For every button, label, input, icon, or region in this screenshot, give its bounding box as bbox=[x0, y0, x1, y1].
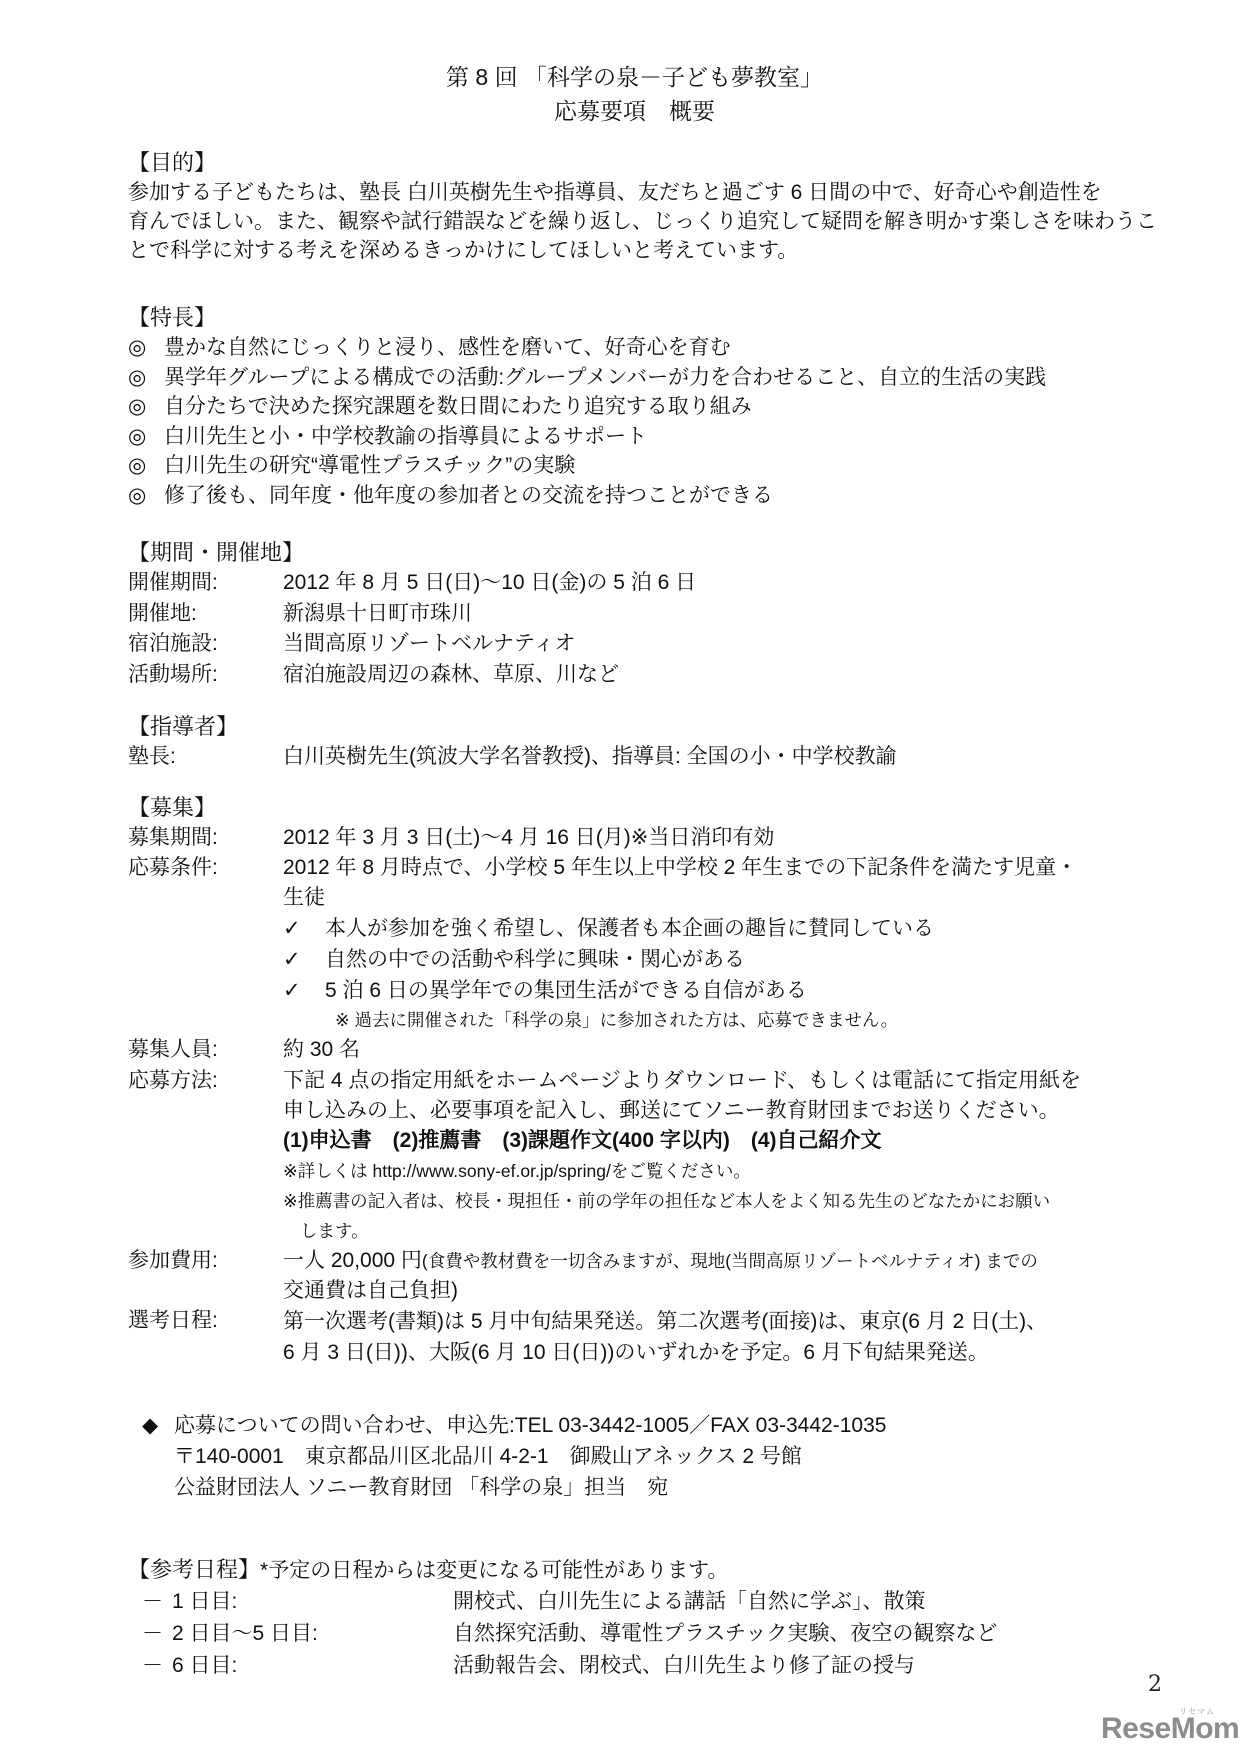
contact-line: ◆ 応募についての問い合わせ、申込先:TEL 03-3442-1005／FAX … bbox=[128, 1410, 1141, 1441]
resemom-logo: ReseMom. bbox=[1101, 1712, 1241, 1745]
row-label: 応募条件: bbox=[128, 853, 283, 913]
feature-text: 異学年グループによる構成での活動:グループメンバーが力を合わせること、自立的生活… bbox=[164, 363, 1046, 393]
row-value: 2012 年 8 月時点で、小学校 5 年生以上中学校 2 年生までの下記条件を… bbox=[283, 853, 1141, 913]
row-label: 開催期間: bbox=[128, 568, 283, 599]
condition-line: 生徒 bbox=[283, 883, 1141, 913]
selection-line: 6 月 3 日(日))、大阪(6 月 10 日(日))のいずれかを予定。6 月下… bbox=[283, 1337, 1141, 1368]
section-heading-features: 【特長】 bbox=[128, 303, 1141, 333]
feature-text: 修了後も、同年度・他年度の参加者との交流を持つことができる bbox=[164, 481, 773, 511]
section-heading-schedule: 【参考日程】*予定の日程からは変更になる可能性があります。 bbox=[128, 1555, 1141, 1586]
resemom-watermark: リセマム ReseMom. bbox=[1101, 1708, 1231, 1750]
table-row: 応募方法: 下記 4 点の指定用紙をホームページよりダウンロード、もしくは電話に… bbox=[128, 1066, 1141, 1156]
table-row: －6 日目:活動報告会、閉校式、白川先生より修了証の授与 bbox=[128, 1650, 1141, 1682]
day-label: 6 日目: bbox=[172, 1650, 453, 1682]
row-label: 募集人員: bbox=[128, 1035, 283, 1066]
purpose-paragraph: 参加する子どもたちは、塾長 白川英樹先生や指導員、友だちと過ごす 6 日間の中で… bbox=[128, 178, 1141, 265]
table-row: 募集人員:約 30 名 bbox=[128, 1035, 1141, 1066]
list-item: ◎豊かな自然にじっくりと浸り、感性を磨いて、好奇心を育む bbox=[128, 333, 1141, 363]
page-number: 2 bbox=[1148, 1672, 1162, 1697]
contact-recipient: 公益財団法人 ソニー教育財団 「科学の泉」担当 宛 bbox=[128, 1472, 1141, 1503]
contact-address: 〒140-0001 東京都品川区北品川 4-2-1 御殿山アネックス 2 号館 bbox=[128, 1441, 1141, 1472]
list-item: ◎白川先生の研究“導電性プラスチック”の実験 bbox=[128, 451, 1141, 481]
schedule-table: －1 日目:開校式、白川先生による講話「自然に学ぶ」、散策 －2 日目～5 日目… bbox=[128, 1586, 1141, 1682]
title-line-2: 応募要項 概要 bbox=[128, 94, 1141, 128]
dash-bullet-icon: － bbox=[142, 1618, 172, 1650]
row-value: 宿泊施設周辺の森林、草原、川など bbox=[283, 660, 1141, 691]
row-label: 塾長: bbox=[128, 742, 283, 773]
period-table: 開催期間:2012 年 8 月 5 日(日)～10 日(金)の 5 泊 6 日 … bbox=[128, 568, 1141, 690]
table-row: 塾長:白川英樹先生(筑波大学名誉教授)、指導員: 全国の小・中学校教諭 bbox=[128, 742, 1141, 773]
row-value: 第一次選考(書類)は 5 月中旬結果発送。第二次選考(面接)は、東京(6 月 2… bbox=[283, 1306, 1141, 1368]
feature-text: 白川先生の研究“導電性プラスチック”の実験 bbox=[164, 451, 575, 481]
features-list: ◎豊かな自然にじっくりと浸り、感性を磨いて、好奇心を育む ◎異学年グループによる… bbox=[128, 333, 1141, 510]
row-label: 開催地: bbox=[128, 599, 283, 630]
condition-line: 2012 年 8 月時点で、小学校 5 年生以上中学校 2 年生までの下記条件を… bbox=[283, 853, 1141, 883]
list-item: ✓5 泊 6 日の異学年での集団生活ができる自信がある bbox=[283, 975, 1141, 1006]
day-activities: 開校式、白川先生による講話「自然に学ぶ」、散策 bbox=[453, 1586, 926, 1618]
row-value: 白川英樹先生(筑波大学名誉教授)、指導員: 全国の小・中学校教諭 bbox=[283, 742, 1141, 773]
watermark-ruby-text: リセマム bbox=[1179, 1706, 1215, 1717]
list-item: ◎異学年グループによる構成での活動:グループメンバーが力を合わせること、自立的生… bbox=[128, 363, 1141, 393]
purpose-line: 参加する子どもたちは、塾長 白川英樹先生や指導員、友だちと過ごす 6 日間の中で… bbox=[128, 178, 1141, 207]
method-line: 下記 4 点の指定用紙をホームページよりダウンロード、もしくは電話にて指定用紙を bbox=[283, 1066, 1141, 1096]
row-value: 一人 20,000 円(食費や教材費を一切含みますが、現地(当間高原リゾートベル… bbox=[283, 1246, 1141, 1306]
feature-text: 豊かな自然にじっくりと浸り、感性を磨いて、好奇心を育む bbox=[164, 333, 731, 363]
list-item: ✓本人が参加を強く希望し、保護者も本企画の趣旨に賛同している bbox=[283, 913, 1141, 944]
row-value: 下記 4 点の指定用紙をホームページよりダウンロード、もしくは電話にて指定用紙を… bbox=[283, 1066, 1141, 1156]
dash-bullet-icon: － bbox=[142, 1650, 172, 1682]
list-item: ◎修了後も、同年度・他年度の参加者との交流を持つことができる bbox=[128, 481, 1141, 511]
feature-text: 白川先生と小・中学校教諭の指導員によるサポート bbox=[164, 422, 647, 452]
method-documents-line: (1)申込書 (2)推薦書 (3)課題作文(400 字以内) (4)自己紹介文 bbox=[283, 1126, 1141, 1156]
table-row: 応募条件: 2012 年 8 月時点で、小学校 5 年生以上中学校 2 年生まで… bbox=[128, 853, 1141, 913]
double-circle-bullet-icon: ◎ bbox=[128, 392, 164, 422]
table-row: 開催地:新潟県十日町市珠川 bbox=[128, 599, 1141, 630]
condition-check-text: 自然の中での活動や科学に興味・関心がある bbox=[325, 944, 745, 975]
table-row: 選考日程: 第一次選考(書類)は 5 月中旬結果発送。第二次選考(面接)は、東京… bbox=[128, 1306, 1141, 1368]
fee-line-2: 交通費は自己負担) bbox=[283, 1276, 1141, 1306]
fee-line: 一人 20,000 円(食費や教材費を一切含みますが、現地(当間高原リゾートベル… bbox=[283, 1246, 1141, 1276]
instructors-table: 塾長:白川英樹先生(筑波大学名誉教授)、指導員: 全国の小・中学校教諭 bbox=[128, 742, 1141, 773]
checkmark-icon: ✓ bbox=[283, 944, 325, 975]
row-label: 応募方法: bbox=[128, 1066, 283, 1156]
condition-check-text: 5 泊 6 日の異学年での集団生活ができる自信がある bbox=[325, 975, 807, 1006]
section-heading-recruitment: 【募集】 bbox=[128, 793, 1141, 823]
row-value: 新潟県十日町市珠川 bbox=[283, 599, 1141, 630]
table-row: 参加費用: 一人 20,000 円(食費や教材費を一切含みますが、現地(当間高原… bbox=[128, 1246, 1141, 1306]
row-label: 宿泊施設: bbox=[128, 629, 283, 660]
list-item: ✓自然の中での活動や科学に興味・関心がある bbox=[283, 944, 1141, 975]
purpose-line: 育んでほしい。また、観察や試行錯誤などを繰り返し、じっくり追究して疑問を解き明か… bbox=[128, 207, 1141, 236]
section-heading-instructors: 【指導者】 bbox=[128, 712, 1141, 742]
diamond-bullet-icon: ◆ bbox=[142, 1410, 174, 1441]
list-item: ◎白川先生と小・中学校教諭の指導員によるサポート bbox=[128, 422, 1141, 452]
table-row: 募集期間:2012 年 3 月 3 日(土)～4 月 16 日(月)※当日消印有… bbox=[128, 823, 1141, 854]
day-activities: 活動報告会、閉校式、白川先生より修了証の授与 bbox=[453, 1650, 915, 1682]
method-line: 申し込みの上、必要事項を記入し、郵送にてソニー教育財団までお送りください。 bbox=[283, 1096, 1141, 1126]
row-value: 2012 年 8 月 5 日(日)～10 日(金)の 5 泊 6 日 bbox=[283, 568, 1141, 599]
checkmark-icon: ✓ bbox=[283, 913, 325, 944]
table-row: －2 日目～5 日目:自然探究活動、導電性プラスチック実験、夜空の観察など bbox=[128, 1618, 1141, 1650]
fee-detail: (食費や教材費を一切含みますが、現地(当間高原リゾートベルナティオ) までの bbox=[422, 1251, 1038, 1271]
day-label: 2 日目～5 日目: bbox=[172, 1618, 453, 1650]
section-heading-period: 【期間・開催地】 bbox=[128, 538, 1141, 568]
row-value: 約 30 名 bbox=[283, 1035, 1141, 1066]
row-label: 活動場所: bbox=[128, 660, 283, 691]
table-row: 開催期間:2012 年 8 月 5 日(日)～10 日(金)の 5 泊 6 日 bbox=[128, 568, 1141, 599]
recruitment-table: 募集期間:2012 年 3 月 3 日(土)～4 月 16 日(月)※当日消印有… bbox=[128, 823, 1141, 1368]
section-heading-purpose: 【目的】 bbox=[128, 148, 1141, 178]
dash-bullet-icon: － bbox=[142, 1586, 172, 1618]
double-circle-bullet-icon: ◎ bbox=[128, 333, 164, 363]
row-label: 選考日程: bbox=[128, 1306, 283, 1368]
schedule-heading-note: *予定の日程からは変更になる可能性があります。 bbox=[260, 1559, 729, 1582]
double-circle-bullet-icon: ◎ bbox=[128, 481, 164, 511]
day-label: 1 日目: bbox=[172, 1586, 453, 1618]
table-row: 宿泊施設:当間高原リゾートベルナティオ bbox=[128, 629, 1141, 660]
title-line-1: 第 8 回 「科学の泉－子ども夢教室」 bbox=[128, 60, 1141, 94]
row-label: 募集期間: bbox=[128, 823, 283, 854]
fee-amount: 一人 20,000 円 bbox=[283, 1249, 422, 1272]
document-page: 第 8 回 「科学の泉－子ども夢教室」 応募要項 概要 【目的】 参加する子ども… bbox=[0, 0, 1241, 1682]
row-label: 参加費用: bbox=[128, 1246, 283, 1306]
document-title: 第 8 回 「科学の泉－子ども夢教室」 応募要項 概要 bbox=[128, 60, 1141, 128]
method-note-recommender: ※推薦書の記入者は、校長・現担任・前の学年の担任など本人をよく知る先生のどなたか… bbox=[283, 1186, 1141, 1216]
condition-note: ※ 過去に開催された「科学の泉」に参加された方は、応募できません。 bbox=[335, 1006, 1141, 1035]
double-circle-bullet-icon: ◎ bbox=[128, 363, 164, 393]
feature-text: 自分たちで決めた探究課題を数日間にわたり追究する取り組み bbox=[164, 392, 752, 422]
row-value: 2012 年 3 月 3 日(土)～4 月 16 日(月)※当日消印有効 bbox=[283, 823, 1141, 854]
method-note-recommender-cont: します。 bbox=[300, 1216, 1141, 1246]
condition-check-text: 本人が参加を強く希望し、保護者も本企画の趣旨に賛同している bbox=[325, 913, 934, 944]
double-circle-bullet-icon: ◎ bbox=[128, 422, 164, 452]
table-row: －1 日目:開校式、白川先生による講話「自然に学ぶ」、散策 bbox=[128, 1586, 1141, 1618]
row-value: 当間高原リゾートベルナティオ bbox=[283, 629, 1141, 660]
day-activities: 自然探究活動、導電性プラスチック実験、夜空の観察など bbox=[453, 1618, 997, 1650]
contact-block: ◆ 応募についての問い合わせ、申込先:TEL 03-3442-1005／FAX … bbox=[128, 1410, 1141, 1503]
selection-line: 第一次選考(書類)は 5 月中旬結果発送。第二次選考(面接)は、東京(6 月 2… bbox=[283, 1306, 1141, 1337]
schedule-heading: 【参考日程】 bbox=[128, 1557, 260, 1582]
contact-phone-fax: 応募についての問い合わせ、申込先:TEL 03-3442-1005／FAX 03… bbox=[174, 1410, 886, 1441]
method-note-url: ※詳しくは http://www.sony-ef.or.jp/spring/をご… bbox=[283, 1156, 1141, 1186]
double-circle-bullet-icon: ◎ bbox=[128, 451, 164, 481]
purpose-line: とで科学に対する考えを深めるきっかけにしてほしいと考えています。 bbox=[128, 236, 1141, 265]
table-row: 活動場所:宿泊施設周辺の森林、草原、川など bbox=[128, 660, 1141, 691]
list-item: ◎自分たちで決めた探究課題を数日間にわたり追究する取り組み bbox=[128, 392, 1141, 422]
checkmark-icon: ✓ bbox=[283, 975, 325, 1006]
